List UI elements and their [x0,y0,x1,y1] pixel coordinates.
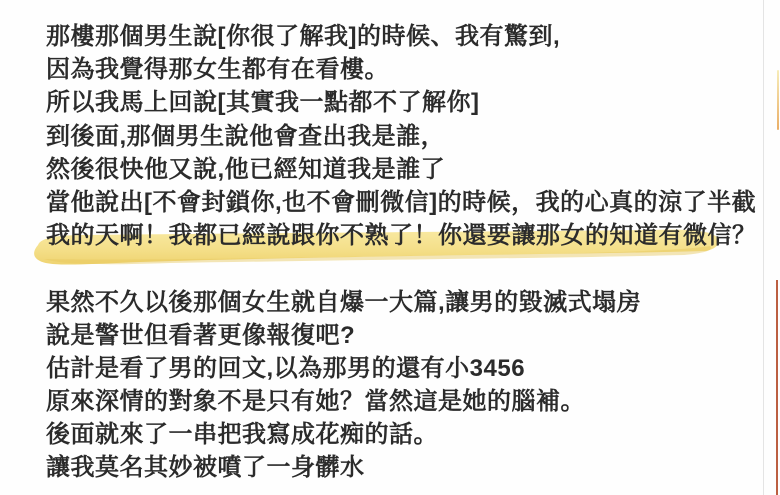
text-line-highlighted: 我的天啊！我都已經說跟你不熟了！你還要讓那女的知道有微信？ [46,219,757,252]
text-line: 說是警世但看著更像報復吧? [46,319,757,352]
text-line: 讓我莫名其妙被噴了一身髒水 [46,451,757,484]
text-line: 當他說出[不會封鎖你,也不會刪微信]的時候，我的心真的涼了半截 [46,186,757,219]
text-line: 估計是看了男的回文,以為那男的還有小3456 [46,352,757,385]
text-line: 然後很快他又說,他已經知道我是誰了 [46,153,757,186]
post-text: 那樓那個男生說[你很了解我]的時候、我有驚到, 因為我覺得那女生都有在看樓。 所… [46,20,757,485]
text-line: 果然不久以後那個女生就自爆一大篇,讓男的毀滅式塌房 [46,286,757,319]
edge-accent-red [776,280,778,495]
text-line: 所以我馬上回說[其實我一點都不了解你] [46,86,757,119]
text-line: 後面就來了一串把我寫成花痴的話。 [46,418,757,451]
paragraph-gap [46,252,757,285]
document-page: 那樓那個男生說[你很了解我]的時候、我有驚到, 因為我覺得那女生都有在看樓。 所… [0,0,780,495]
text-line: 原來深情的對象不是只有她？當然這是她的腦補。 [46,385,757,418]
text-line: 那樓那個男生說[你很了解我]的時候、我有驚到, [46,20,757,53]
text-line: 因為我覺得那女生都有在看樓。 [46,53,757,86]
text-line: 到後面,那個男生說他會查出我是誰， [46,120,757,153]
edge-accent-orange [777,70,779,130]
window-edge-divider [763,0,764,495]
